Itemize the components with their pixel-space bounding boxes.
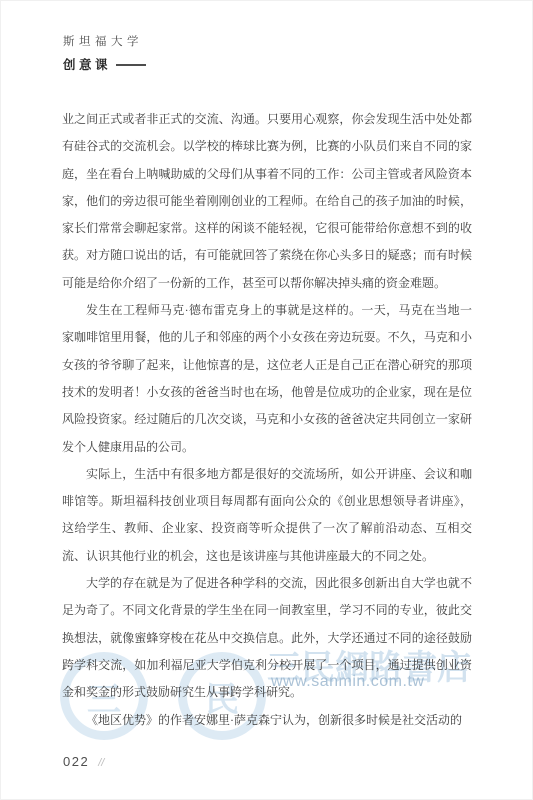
body-text: 业之间正式或者非正式的交流、沟通。只要用心观察，你会发现生活中处处都有硅谷式的交…	[62, 106, 472, 734]
body-paragraph: 业之间正式或者非正式的交流、沟通。只要用心观察，你会发现生活中处处都有硅谷式的交…	[62, 106, 472, 297]
running-head: 斯坦福大学 创意课	[63, 33, 146, 73]
body-paragraph: 发生在工程师马克·德布雷克身上的事就是这样的。一天，马克在当地一家咖啡馆里用餐，…	[62, 297, 472, 461]
page-number: 022	[63, 754, 89, 769]
body-paragraph: 《地区优势》的作者安娜里·萨克森宁认为，创新很多时候是社交活动的	[62, 707, 472, 734]
book-title-course-row: 创意课	[63, 55, 146, 73]
page-footer: 022 //	[63, 754, 104, 769]
book-title-university: 斯坦福大学	[63, 33, 146, 49]
book-title-course: 创意课	[63, 55, 111, 73]
page-number-slashes: //	[98, 757, 104, 769]
title-dash-rule	[116, 64, 146, 66]
book-page: 三 民 三民網路書店 www.sanmin.com.tw 斯坦福大学 创意课 业…	[0, 0, 533, 800]
body-paragraph: 大学的存在就是为了促进各种学科的交流，因此很多创新出自大学也就不足为奇了。不同文…	[62, 570, 472, 706]
body-paragraph: 实际上，生活中有很多地方都是很好的交流场所，如公开讲座、会议和咖啡馆等。斯坦福科…	[62, 461, 472, 570]
